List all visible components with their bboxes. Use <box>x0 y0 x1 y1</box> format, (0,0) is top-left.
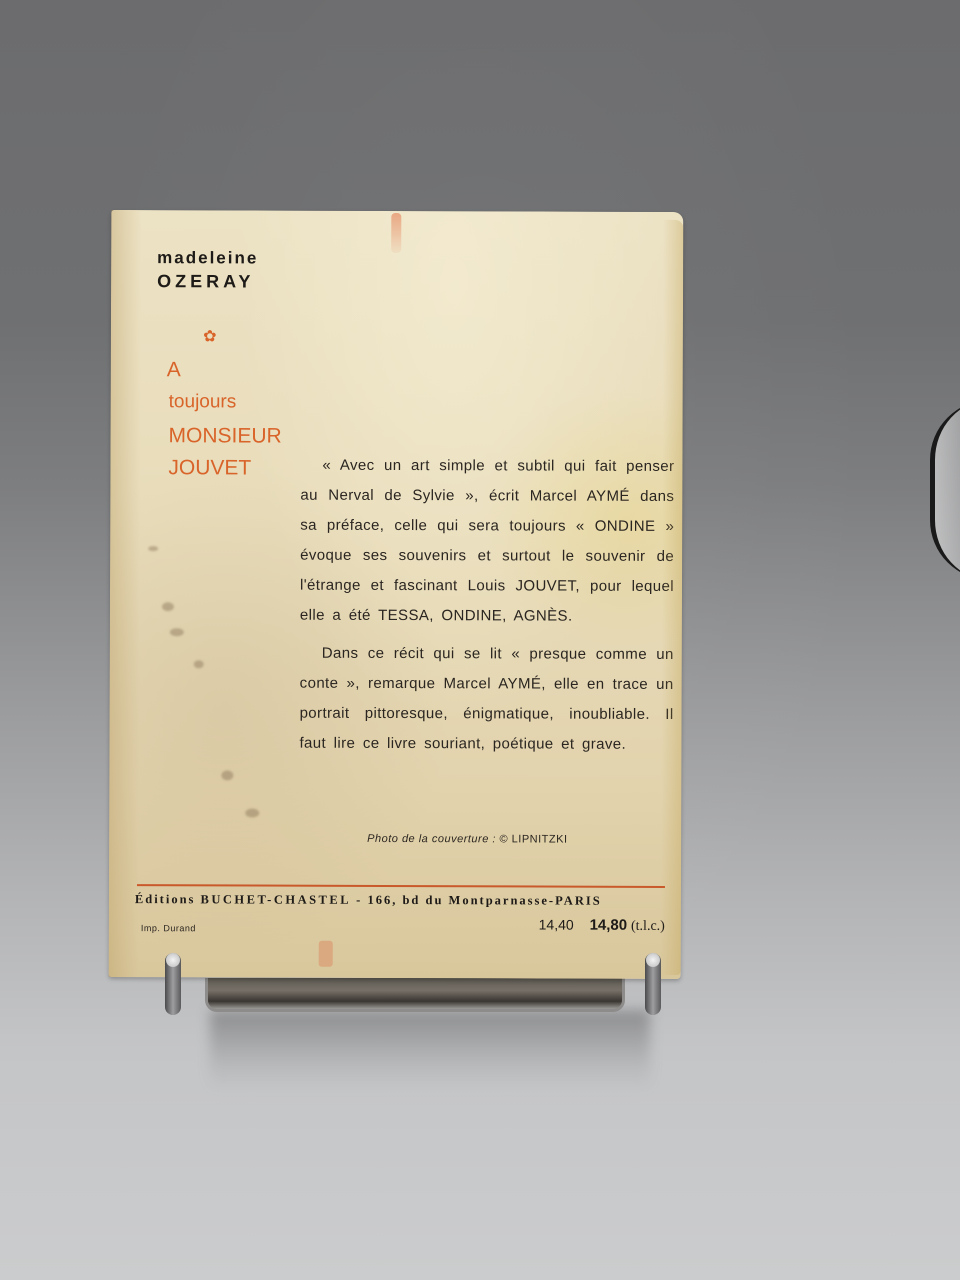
photo-credit-name: © LIPNITZKI <box>499 833 567 845</box>
foxing-spot <box>162 602 174 611</box>
book-back-cover: madeleine OZERAY ✿ A toujours MONSIEUR J… <box>109 210 684 979</box>
printer-credit: Imp. Durand <box>141 923 196 933</box>
photo-credit-label: Photo de la couverture : <box>367 833 496 845</box>
author-last-name: OZERAY <box>157 271 254 292</box>
price: 14,40 14,80 (t.l.c.) <box>539 917 665 935</box>
foxing-spot <box>170 628 184 636</box>
publisher-prefix: Éditions <box>135 892 196 906</box>
foxing-spot <box>148 546 158 551</box>
divider-rule <box>137 884 665 888</box>
price-new: 14,80 <box>590 917 628 934</box>
blurb-paragraph-2: Dans ce récit qui se lit « presque comme… <box>299 639 673 760</box>
foxing-spot <box>194 660 204 668</box>
paper-stain <box>319 941 333 967</box>
foxing-spot <box>245 808 259 817</box>
price-old: 14,40 <box>539 917 574 933</box>
publisher-line: Éditions BUCHET-CHASTEL - 166, bd du Mon… <box>135 892 665 909</box>
blurb: « Avec un art simple et subtil qui fait … <box>299 451 674 768</box>
price-suffix: (t.l.c.) <box>631 919 665 934</box>
photo-credit: Photo de la couverture : © LIPNITZKI <box>367 833 567 846</box>
publisher-name: BUCHET-CHASTEL <box>201 892 352 907</box>
title-line-4: JOUVET <box>168 456 251 480</box>
ornament-icon: ✿ <box>201 328 219 346</box>
title-line-1: A <box>167 358 181 382</box>
display-stand-base <box>205 978 625 1012</box>
blurb-paragraph-1: « Avec un art simple et subtil qui fait … <box>300 451 675 632</box>
stand-post-right <box>645 953 661 1015</box>
author-first-name: madeleine <box>157 248 258 268</box>
title-line-3: MONSIEUR <box>169 424 282 448</box>
title-line-2: toujours <box>169 391 237 413</box>
paper-stain <box>391 213 401 253</box>
foxing-spot <box>221 770 233 780</box>
stand-shadow <box>210 1010 650 1090</box>
publisher-address: - 166, bd du Montparnasse-PARIS <box>356 893 602 908</box>
stand-post-left <box>165 953 181 1015</box>
